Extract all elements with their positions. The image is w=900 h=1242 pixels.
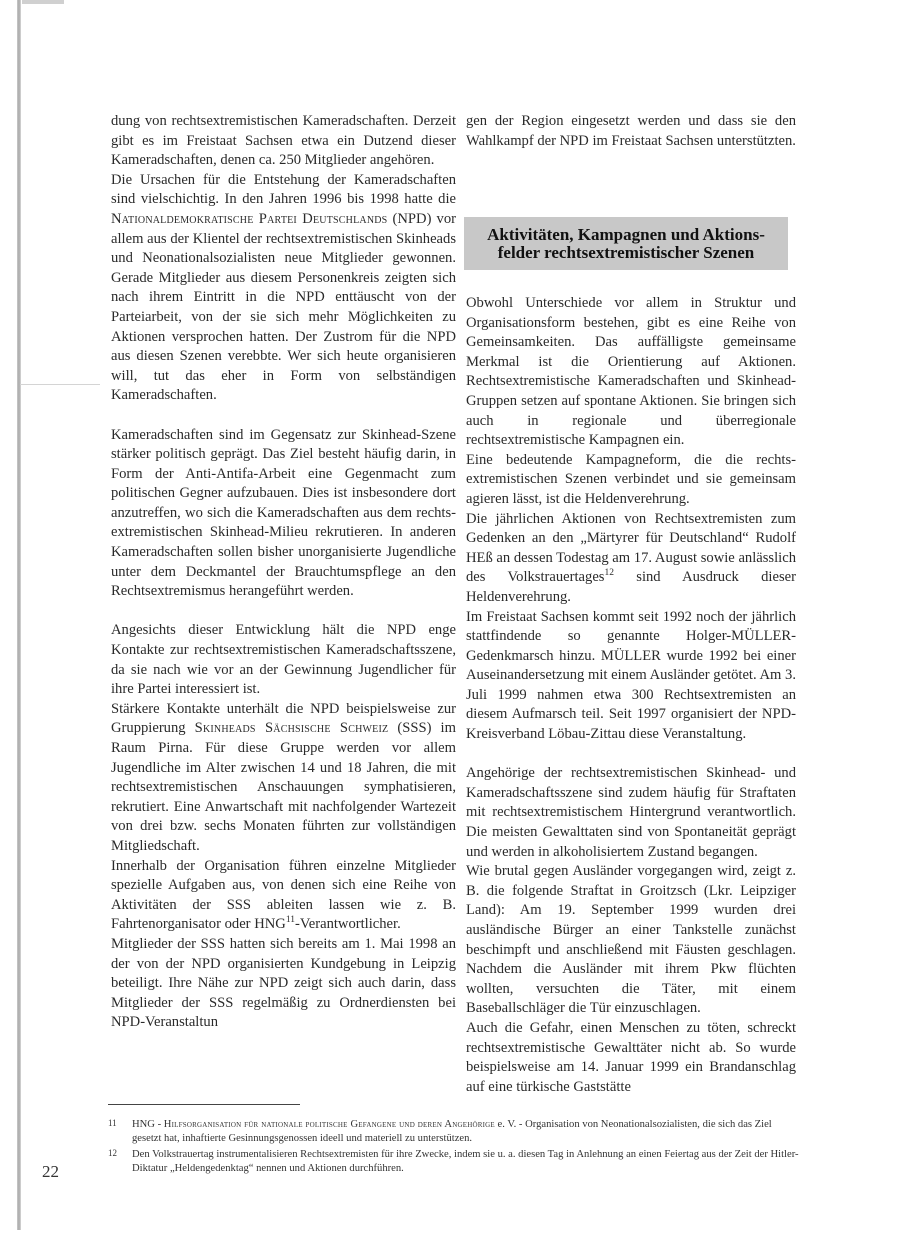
text-run: -Verant­wortlicher. [295,916,401,932]
text-run: Innerhalb der Organisation führen einzel… [111,858,456,933]
paragraph: Die jährlichen Aktionen von Rechtsextrem… [466,510,796,608]
footnote-abbr: HNG - [132,1119,164,1130]
scan-page-edge [17,0,21,1230]
footnote-number: 11 [108,1116,117,1130]
party-name: Nationaldemokratische Partei Deutschland… [111,211,387,227]
text-run: Die Ursachen für die Entstehung der Kame… [111,172,456,208]
paragraph: Angesichts dieser Entwicklung hält die N… [111,621,456,699]
section-heading-box: Aktivitäten, Kampagnen und Aktions-felde… [464,217,788,270]
paragraph: Eine bedeutende Kampagneform, die die re… [466,451,796,510]
paragraph: Mitglieder der SSS hatten sich bereits a… [111,935,456,1033]
right-column-body: Obwohl Unterschiede vor allem in Struktu… [466,294,796,1097]
paragraph: Im Freistaat Sachsen kommt seit 1992 noc… [466,608,796,745]
footnote-11: 11HNG - Hilfsorganisation für nationale … [108,1118,800,1146]
footnotes: 11HNG - Hilfsorganisation für nationale … [108,1118,800,1178]
footnote-reference-11[interactable]: 11 [286,915,295,925]
footnote-12: 12Den Volkstrauertag instrumentalisieren… [108,1148,800,1176]
paragraph: Wie brutal gegen Ausländer vorgegangen w… [466,862,796,1019]
text-run: (NPD) vor allem aus der Klientel der rec… [111,211,456,403]
heading-line: Aktivitäten, Kampagnen und Aktions- [487,225,765,244]
paragraph: dung von rechtsextremistischen Kameradsc… [111,112,456,171]
scan-page-edge-top [22,0,64,4]
paragraph: Angehörige der rechtsextremistischen Ski… [466,764,796,862]
right-column-top: gen der Region eingesetzt werden und das… [466,112,796,151]
footnote-text: Den Volkstrauertag instrumentalisieren R… [132,1149,799,1174]
footnote-number: 12 [108,1146,117,1160]
heading-line: felder rechtsextremistischer Szenen [498,243,755,262]
paragraph: Stärkere Kontakte unterhält die NPD beis… [111,700,456,857]
section-heading: Aktivitäten, Kampagnen und Aktions-felde… [487,226,765,262]
paragraph: gen der Region eingesetzt werden und das… [466,112,796,151]
scan-artifact-line [20,384,100,385]
page-number: 22 [42,1162,59,1182]
paragraph: Kameradschaften sind im Gegensatz zur Sk… [111,426,456,602]
footnote-reference-12[interactable]: 12 [604,568,614,578]
paragraph: Auch die Gefahr, einen Menschen zu töten… [466,1019,796,1097]
organization-name: Hilfsorganisation für nationale politisc… [164,1119,495,1130]
footnote-separator [108,1104,300,1105]
left-column: dung von rechtsextremistischen Kameradsc… [111,112,456,1033]
paragraph: Innerhalb der Organisation führen einzel… [111,857,456,935]
text-run: (SSS) im Raum Pirna. Für diese Gruppe we… [111,720,456,854]
paragraph: Die Ursachen für die Entstehung der Kame… [111,171,456,406]
paragraph: Obwohl Unterschiede vor allem in Struktu… [466,294,796,451]
group-name: Skinheads Sächsische Schweiz [195,720,389,736]
